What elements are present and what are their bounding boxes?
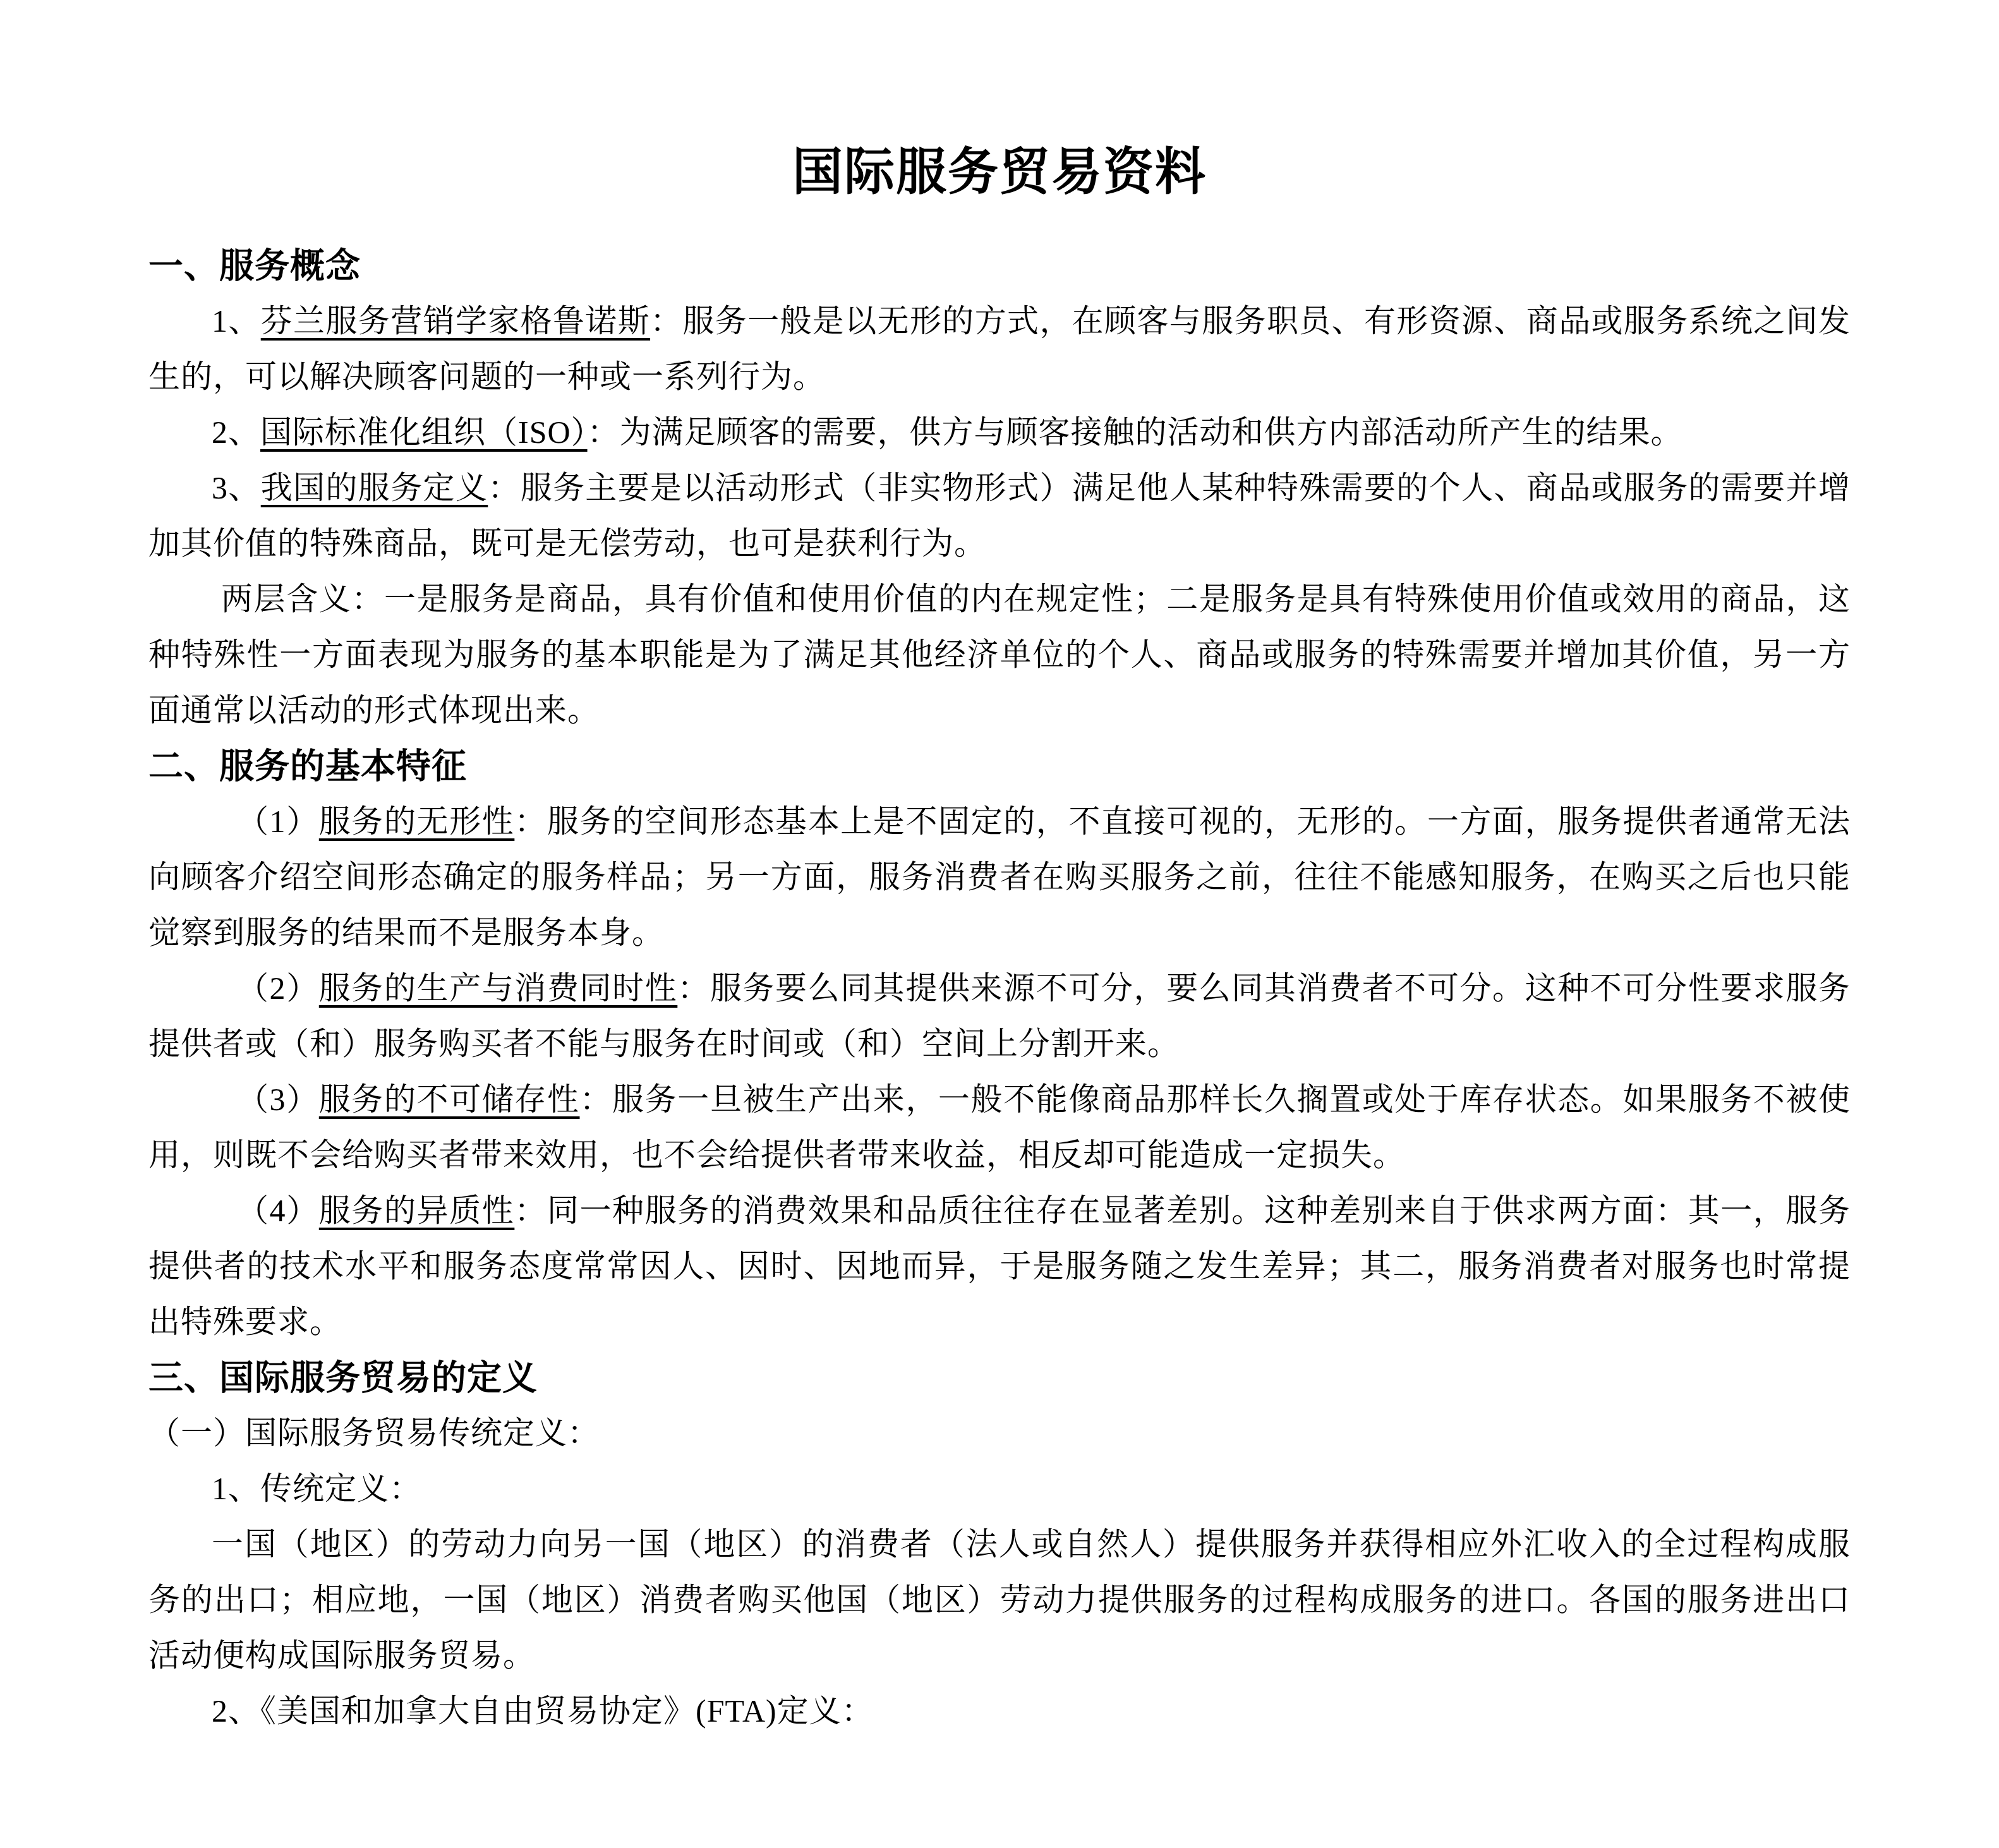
- section-heading-international-service-trade-definition: 三、国际服务贸易的定义: [148, 1350, 1851, 1405]
- section-heading-service-concept: 一、服务概念: [148, 238, 1851, 293]
- text-segment: （1）: [237, 804, 319, 839]
- text-segment: 1、传统定义：: [212, 1471, 421, 1506]
- underlined-term: 服务的异质性: [319, 1193, 515, 1228]
- text-segment: （4）: [237, 1193, 319, 1228]
- underlined-term: 我国的服务定义: [261, 470, 488, 505]
- underlined-term: 国际标准化组织（ISO）: [260, 414, 588, 450]
- text-segment: 2、: [212, 414, 260, 450]
- paragraph-china-definition: 3、我国的服务定义：服务主要是以活动形式（非实物形式）满足他人某种特殊需要的个人…: [148, 460, 1851, 571]
- text-segment: （3）: [237, 1082, 319, 1117]
- paragraph-intangibility: （1）服务的无形性：服务的空间形态基本上是不固定的，不直接可视的，无形的。一方面…: [148, 794, 1851, 960]
- paragraph-iso-definition: 2、国际标准化组织（ISO）：为满足顾客的需要，供方与顾客接触的活动和供方内部活…: [148, 404, 1851, 460]
- underlined-term: 芬兰服务营销学家格鲁诺斯: [261, 303, 650, 339]
- text-segment: ：为满足顾客的需要，供方与顾客接触的活动和供方内部活动所产生的结果。: [588, 414, 1683, 450]
- text-segment: （一）国际服务贸易传统定义：: [148, 1415, 600, 1451]
- text-segment: 一国（地区）的劳动力向另一国（地区）的消费者（法人或自然人）提供服务并获得相应外…: [148, 1526, 1851, 1673]
- paragraph-traditional-definition-subheading: 1、传统定义：: [148, 1461, 1851, 1516]
- document-title: 国际服务贸易资料: [148, 133, 1851, 211]
- text-segment: 3、: [212, 470, 261, 505]
- paragraph-traditional-definition-label: （一）国际服务贸易传统定义：: [148, 1405, 1851, 1461]
- underlined-term: 服务的无形性: [319, 804, 515, 839]
- paragraph-two-meanings: 两层含义：一是服务是商品，具有价值和使用价值的内在规定性；二是服务是具有特殊使用…: [148, 571, 1851, 738]
- paragraph-heterogeneity: （4）服务的异质性：同一种服务的消费效果和品质往往存在显著差别。这种差别来自于供…: [148, 1183, 1851, 1350]
- text-segment: 2、《美国和加拿大自由贸易协定》(FTA)定义：: [212, 1693, 874, 1729]
- underlined-term: 服务的生产与消费同时性: [319, 970, 678, 1006]
- document-page: 国际服务贸易资料 一、服务概念 1、芬兰服务营销学家格鲁诺斯：服务一般是以无形的…: [0, 0, 1999, 1848]
- text-segment: 1、: [212, 303, 261, 339]
- underlined-term: 服务的不可储存性: [319, 1082, 580, 1117]
- paragraph-finnish-scholar-definition: 1、芬兰服务营销学家格鲁诺斯：服务一般是以无形的方式，在顾客与服务职员、有形资源…: [148, 293, 1851, 404]
- paragraph-traditional-definition-body: 一国（地区）的劳动力向另一国（地区）的消费者（法人或自然人）提供服务并获得相应外…: [148, 1516, 1851, 1683]
- paragraph-fta-definition-subheading: 2、《美国和加拿大自由贸易协定》(FTA)定义：: [148, 1683, 1851, 1739]
- paragraph-simultaneity: （2）服务的生产与消费同时性：服务要么同其提供来源不可分，要么同其消费者不可分。…: [148, 960, 1851, 1072]
- paragraph-non-storability: （3）服务的不可储存性：服务一旦被生产出来，一般不能像商品那样长久搁置或处于库存…: [148, 1072, 1851, 1183]
- text-segment: （2）: [237, 970, 319, 1006]
- section-heading-basic-characteristics: 二、服务的基本特征: [148, 738, 1851, 794]
- text-segment: 两层含义：一是服务是商品，具有价值和使用价值的内在规定性；二是服务是具有特殊使用…: [148, 581, 1851, 728]
